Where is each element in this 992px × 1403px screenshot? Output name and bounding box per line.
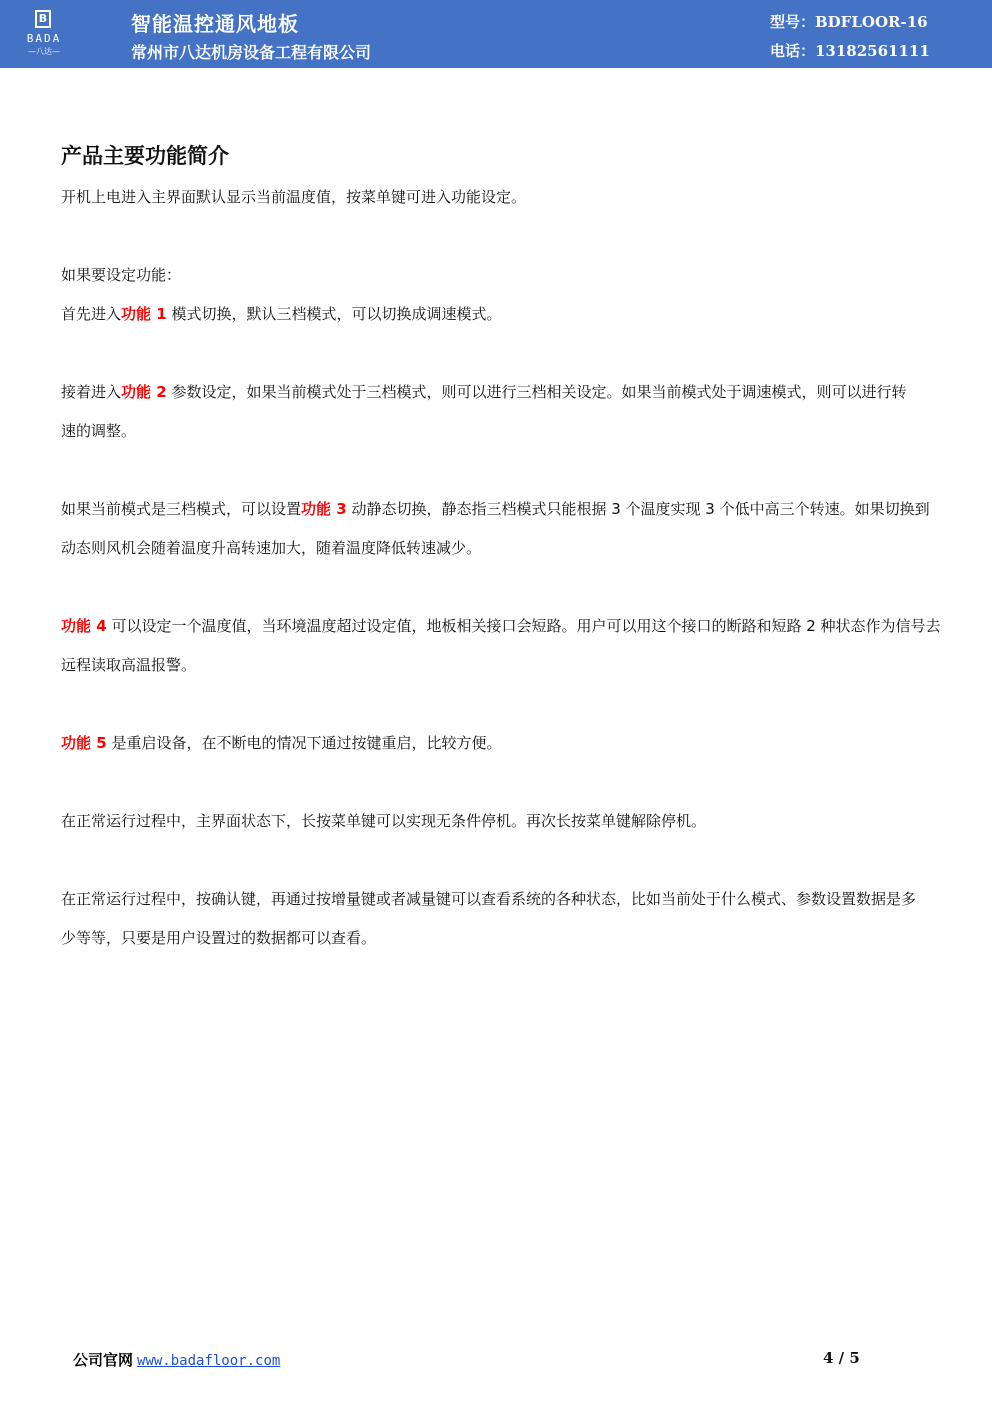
function-4-label: 功能 4 bbox=[61, 617, 107, 635]
product-title: 智能温控通风地板 bbox=[131, 8, 299, 37]
paragraph-shutdown: 在正常运行过程中，主界面状态下，长按菜单键可以实现无条件停机。再次长按菜单键解除… bbox=[61, 802, 941, 841]
function-3-label: 功能 3 bbox=[301, 500, 347, 518]
function-2-label: 功能 2 bbox=[121, 383, 167, 401]
logo-subtitle: —八达— bbox=[16, 46, 72, 57]
paragraph-function-5: 功能 5 是重启设备，在不断电的情况下通过按键重启，比较方便。 bbox=[61, 724, 941, 763]
logo-wordmark: BADA bbox=[16, 32, 72, 45]
footer-website: 公司官网www.badafloor.com bbox=[73, 1349, 280, 1370]
page-header: B BADA —八达— 智能温控通风地板 常州市八达机房设备工程有限公司 型号：… bbox=[0, 0, 992, 68]
paragraph-function-1: 首先进入功能 1 模式切换，默认三档模式，可以切换成调速模式。 bbox=[61, 295, 941, 334]
phone-number: 电话：13182561111 bbox=[770, 40, 930, 61]
logo-mark-icon: B bbox=[35, 10, 51, 28]
function-5-label: 功能 5 bbox=[61, 734, 107, 752]
function-1-label: 功能 1 bbox=[121, 305, 167, 323]
website-label: 公司官网 bbox=[73, 1351, 133, 1369]
paragraph-function-2: 接着进入功能 2 参数设定，如果当前模式处于三档模式，则可以进行三档相关设定。如… bbox=[61, 373, 911, 451]
bada-logo: B BADA —八达— bbox=[16, 8, 72, 60]
paragraph-status-view: 在正常运行过程中，按确认键，再通过按增量键或者减量键可以查看系统的各种状态，比如… bbox=[61, 880, 921, 958]
company-name: 常州市八达机房设备工程有限公司 bbox=[131, 40, 371, 63]
paragraph-setup-intro: 如果要设定功能： bbox=[61, 256, 941, 295]
paragraph-function-4: 功能 4 可以设定一个温度值，当环境温度超过设定值，地板相关接口会短路。用户可以… bbox=[61, 607, 941, 685]
model-number: 型号：BDFLOOR-16 bbox=[770, 11, 928, 32]
paragraph-function-3: 如果当前模式是三档模式，可以设置功能 3 动静态切换，静态指三档模式只能根据 3… bbox=[61, 490, 931, 568]
website-link[interactable]: www.badafloor.com bbox=[137, 1353, 280, 1369]
paragraph-startup: 开机上电进入主界面默认显示当前温度值，按菜单键可进入功能设定。 bbox=[61, 178, 941, 217]
section-title: 产品主要功能简介 bbox=[61, 140, 229, 170]
page-number: 4 / 5 bbox=[823, 1349, 860, 1367]
